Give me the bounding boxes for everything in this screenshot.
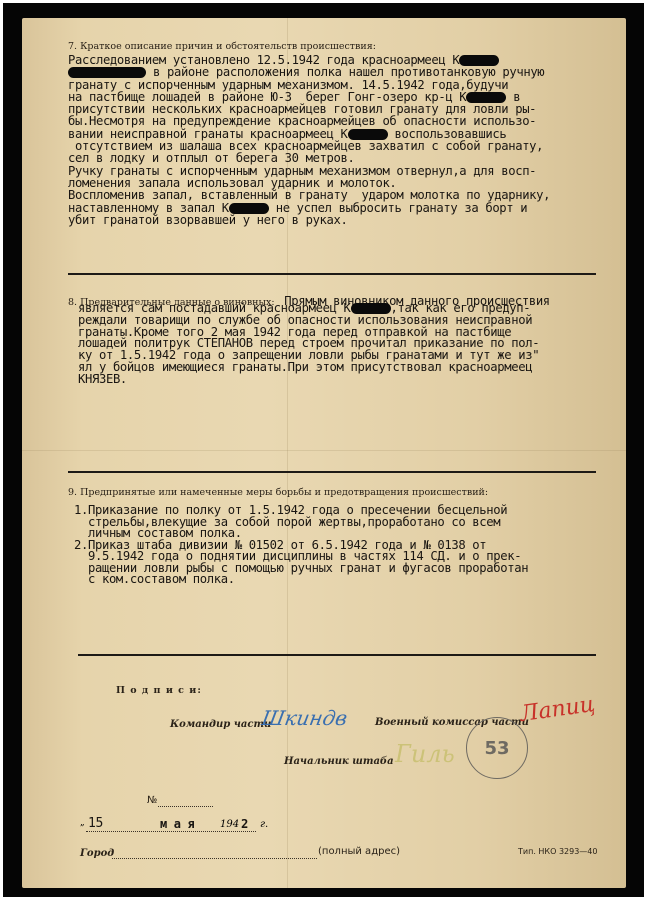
address-label: (полный адрес) <box>318 846 400 857</box>
text-line: 1.Приказание по полку от 1.5.1942 года о… <box>74 504 528 516</box>
commander-signature: Шкиндв <box>260 706 349 730</box>
divider-line <box>68 471 596 473</box>
number-field <box>158 806 213 807</box>
number-label: № <box>147 795 157 806</box>
section7-label: 7. Краткое описание причин и обстоятельс… <box>68 41 376 52</box>
text-line: 9.5.1942 года о поднятии дисциплины в ча… <box>74 550 528 562</box>
commander-label: Командир части <box>170 719 271 730</box>
section9-label: 9. Предпринятые или намеченные меры борь… <box>68 487 488 498</box>
date-year-prefix: 194 <box>220 819 239 830</box>
date-month: м а я <box>160 818 194 830</box>
fold-line <box>22 450 626 451</box>
stamp-53: 53 <box>466 717 528 779</box>
section8-body: является сам постадавший красноармеец К,… <box>78 302 539 385</box>
divider-line <box>68 273 596 275</box>
text-line: личным составом полка. <box>74 527 528 539</box>
text-line: с ком.составом полка. <box>74 573 528 585</box>
chief-of-staff-label: Начальник штаба <box>284 756 394 767</box>
date-year-unit: г. <box>260 819 268 830</box>
section7-body: Расследованием установлено 12.5.1942 год… <box>68 54 550 226</box>
text-line: КНЯЗЕВ. <box>78 373 539 385</box>
city-label: Город <box>80 848 114 859</box>
text-line: убит гранатой взорвавшей у него в руках. <box>68 214 550 226</box>
section9-body: 1.Приказание по полку от 1.5.1942 года о… <box>74 504 528 585</box>
chief-signature: Гиль <box>395 740 455 768</box>
text-line: ял у бойцов имеющиеся гранаты.При этом п… <box>78 361 539 373</box>
divider-line <box>78 654 596 656</box>
signatures-title: П о д п и с и: <box>116 685 202 696</box>
date-year-suffix: 2 <box>241 818 248 830</box>
print-code: Тип. НКО 3293—40 <box>518 847 597 856</box>
date-day: 15 <box>88 818 103 830</box>
date-line: „ 15 м а я 194 2 г. <box>80 818 280 834</box>
city-field <box>112 858 317 859</box>
